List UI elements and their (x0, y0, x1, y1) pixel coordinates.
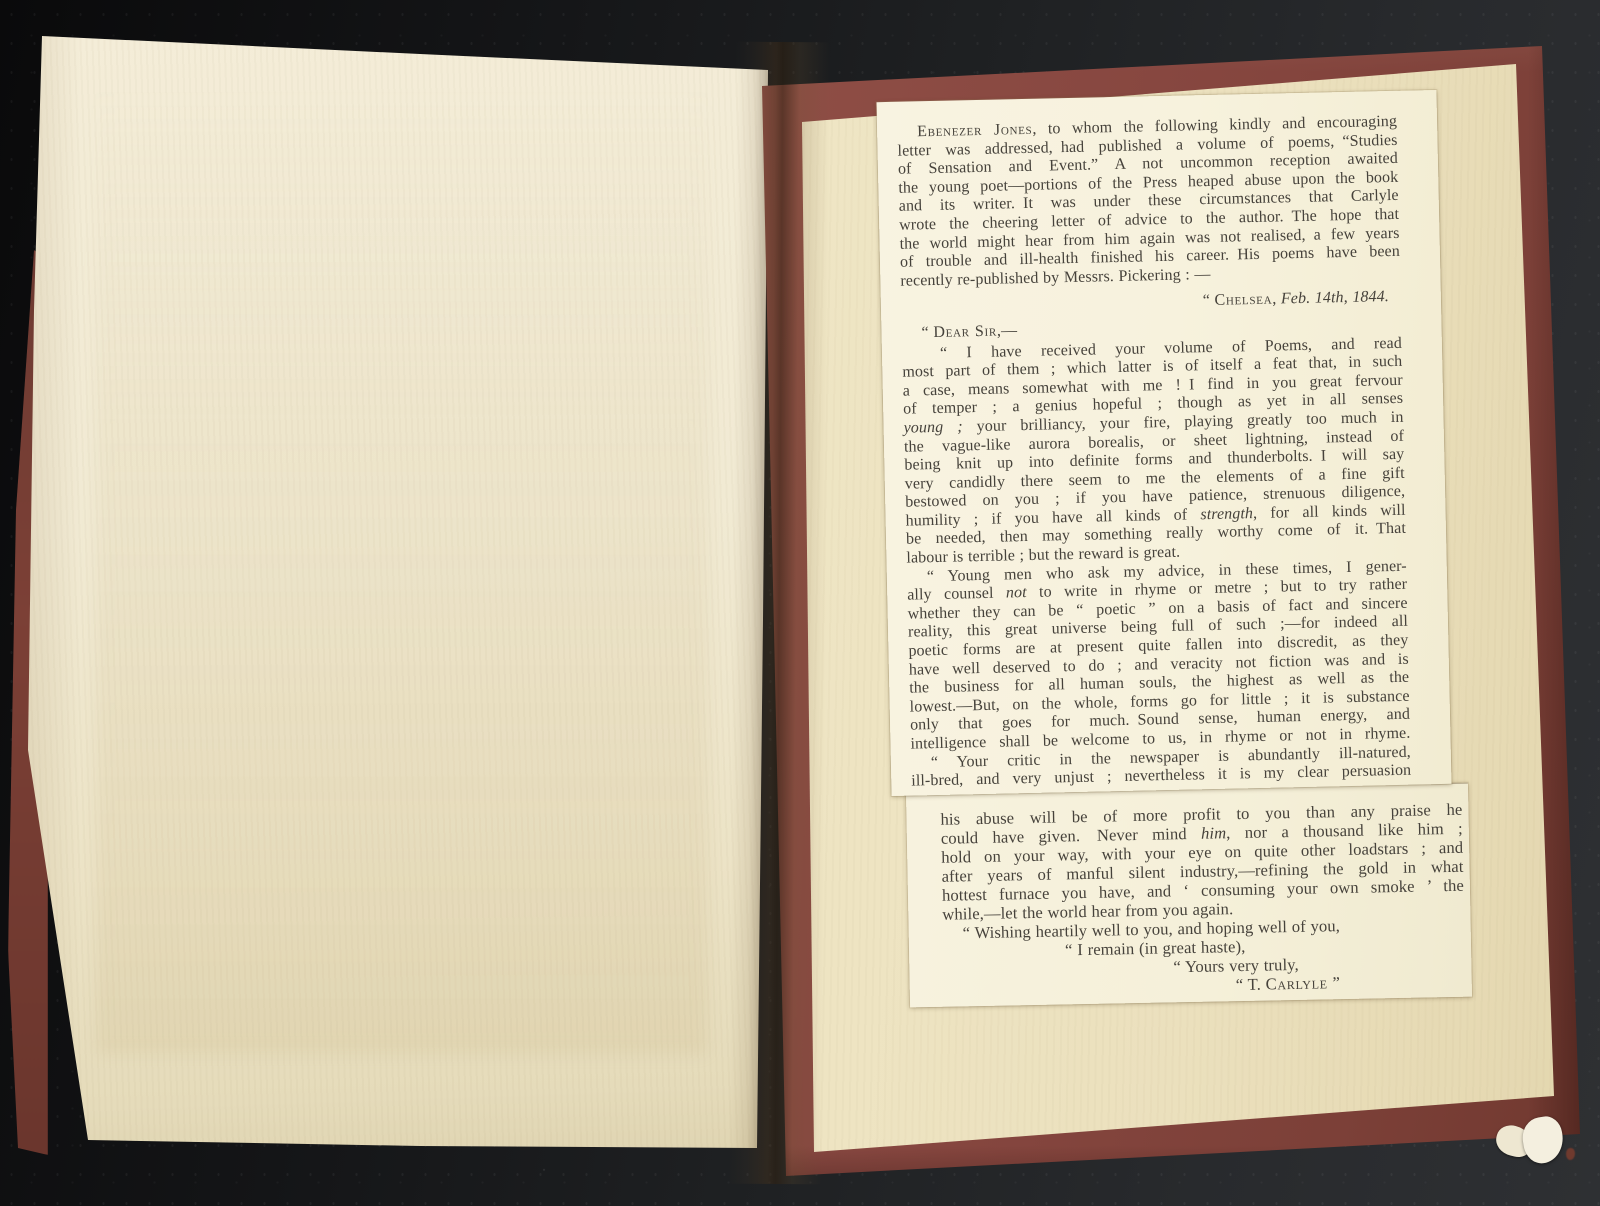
letter-lines-bottom: his abuse will be of more profit to you … (940, 800, 1466, 1000)
letter-slip-bottom: his abuse will be of more profit to you … (906, 783, 1472, 1008)
letter-line: “ Chelsea, Feb. 14th, 1844. (901, 288, 1401, 317)
letter-lines-top: Ebenezer Jones, to whom the following ki… (897, 113, 1411, 792)
page-impression (96, 86, 708, 1054)
book-photograph: Ebenezer Jones, to whom the following ki… (0, 0, 1600, 1206)
letter-slip-top: Ebenezer Jones, to whom the following ki… (876, 90, 1451, 796)
